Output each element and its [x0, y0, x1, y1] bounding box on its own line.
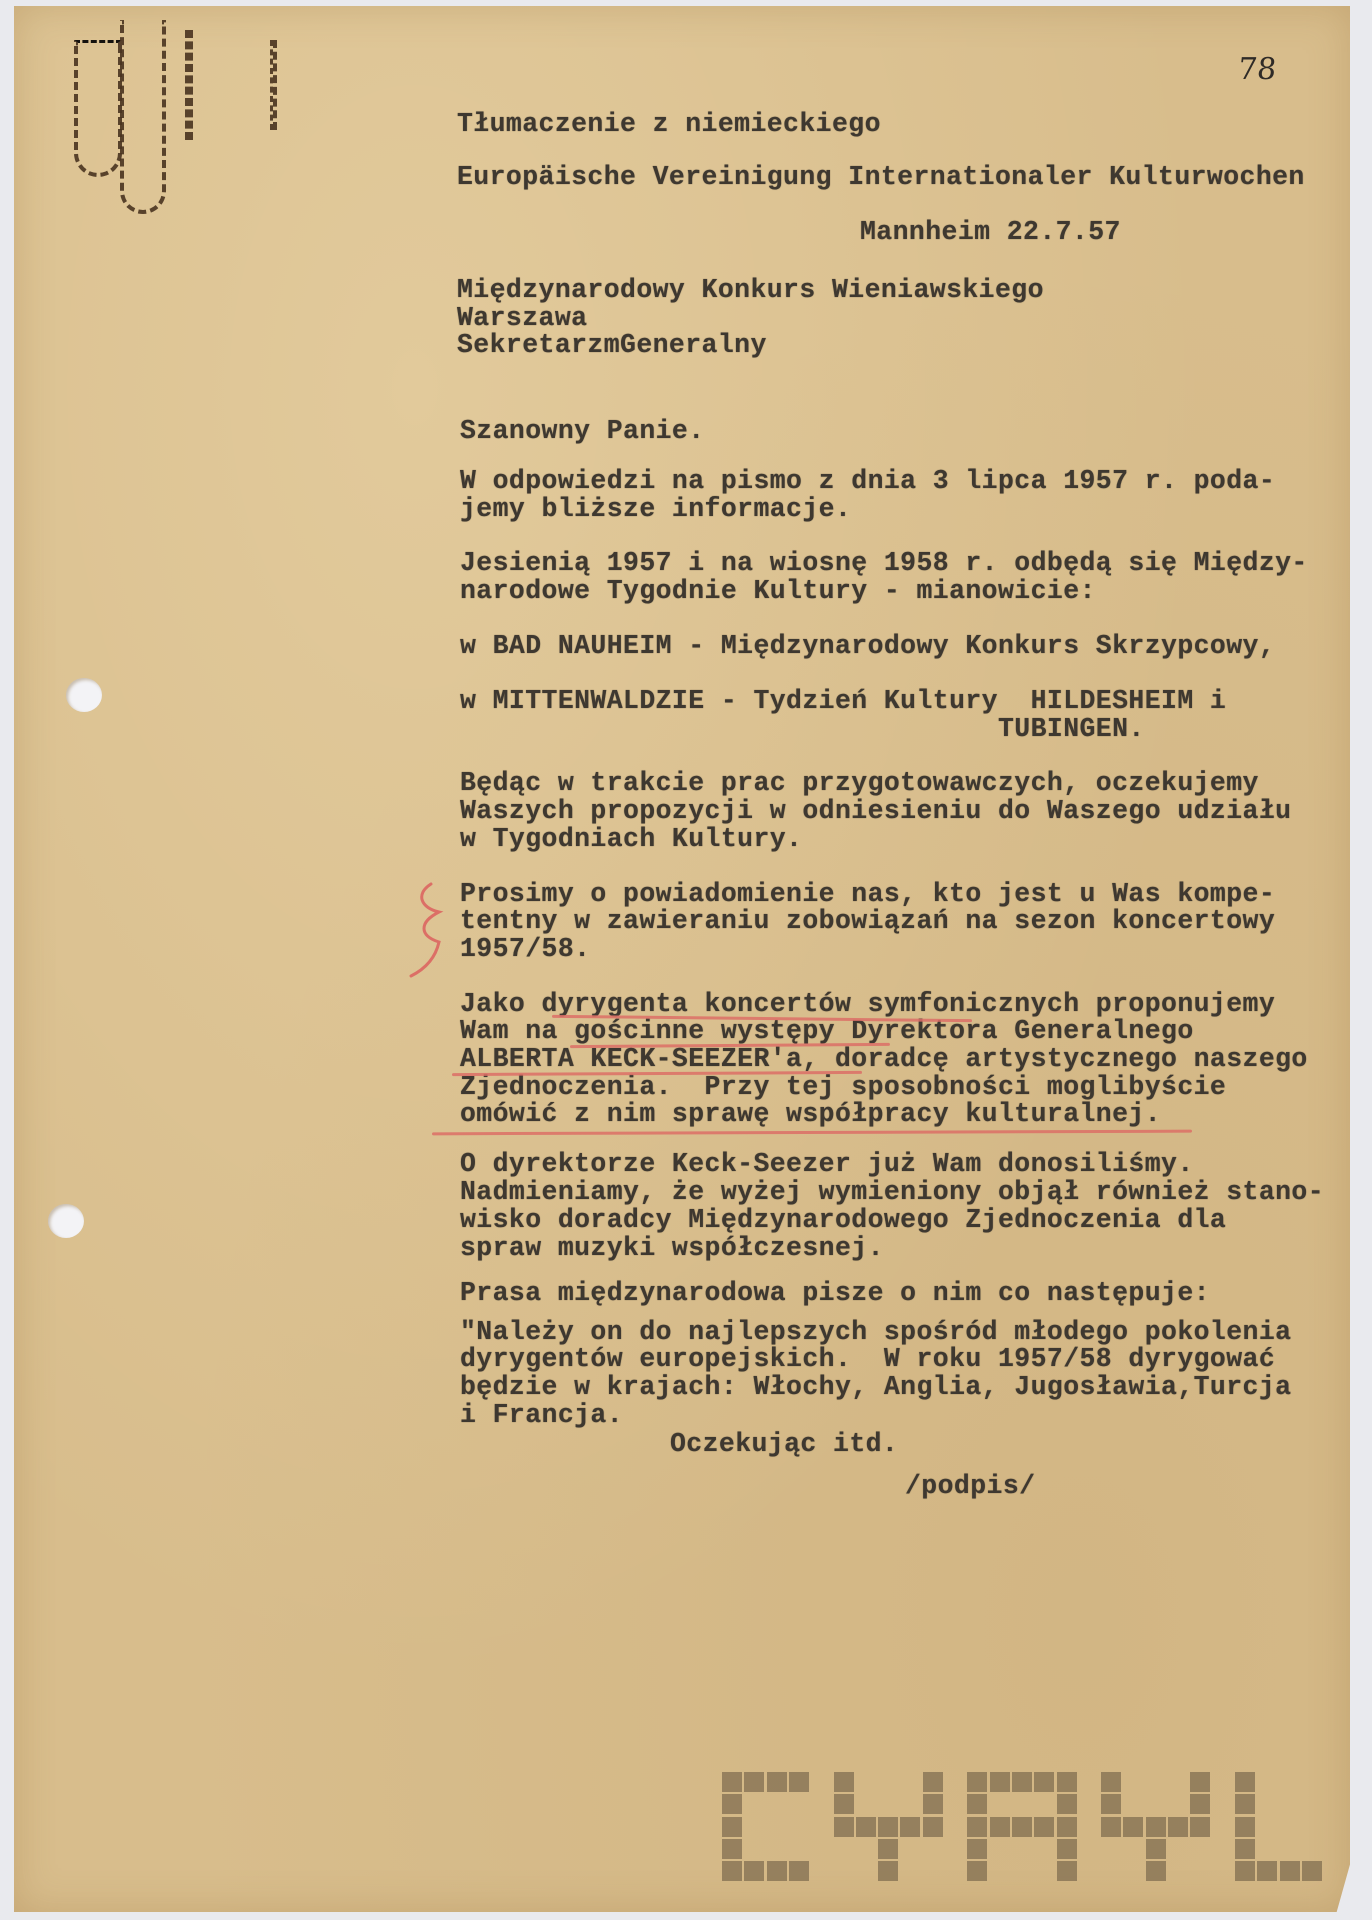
watermark-pixel: [1057, 1839, 1077, 1859]
watermark-pixel: [1057, 1817, 1077, 1837]
watermark-pixel: [767, 1772, 787, 1792]
paragraph-line: W odpowiedzi na pismo z dnia 3 lipca 195…: [460, 467, 1275, 495]
watermark-pixel: [722, 1839, 742, 1859]
watermark-pixel: [744, 1861, 764, 1881]
watermark-pixel: [878, 1817, 898, 1837]
paragraph-line: Zjednoczenia. Przy tej sposobności mogli…: [460, 1073, 1226, 1101]
paragraph-line: tentny w zawieraniu zobowiązań na sezon …: [460, 907, 1275, 935]
watermark-pixel: [1012, 1817, 1032, 1837]
paragraph-line: wisko doradcy Międzynarodowego Zjednocze…: [460, 1206, 1226, 1234]
place-date: Mannheim 22.7.57: [860, 218, 1121, 246]
watermark-pixel: [967, 1861, 987, 1881]
punch-hole: [48, 1204, 84, 1238]
watermark-pixel: [1190, 1817, 1210, 1837]
watermark-pixel: [878, 1839, 898, 1859]
red-margin-annotation: [405, 880, 465, 980]
watermark-pixel: [967, 1839, 987, 1859]
watermark-pixel: [923, 1794, 943, 1814]
signature-placeholder: /podpis/: [905, 1472, 1035, 1500]
watermark-pixel: [1057, 1861, 1077, 1881]
sender-organization: Europäische Vereinigung Internationaler …: [457, 163, 1305, 191]
paragraph-line: w MITTENWALDZIE - Tydzień Kultury HILDES…: [460, 687, 1226, 715]
paragraph-line: Wam na gościnne występy Dyrektora Genera…: [460, 1017, 1194, 1045]
watermark-pixel: [923, 1772, 943, 1792]
watermark-pixel: [722, 1861, 742, 1881]
watermark-pixel: [990, 1817, 1010, 1837]
watermark-pixel: [789, 1772, 809, 1792]
watermark-pixel: [923, 1817, 943, 1837]
paragraph-line: 1957/58.: [460, 935, 590, 963]
watermark-pixel: [990, 1772, 1010, 1792]
watermark-pixel: [744, 1772, 764, 1792]
salutation: Szanowny Panie.: [460, 417, 705, 445]
recipient-line-1: Międzynarodowy Konkurs Wieniawskiego: [457, 276, 1044, 304]
translation-note: Tłumaczenie z niemieckiego: [457, 110, 881, 138]
watermark-pixel: [1034, 1817, 1054, 1837]
watermark-pixel: [1123, 1817, 1143, 1837]
watermark-pixel: [1280, 1861, 1300, 1881]
paragraph-line: spraw muzyki współczesnej.: [460, 1234, 884, 1262]
closing: Oczekując itd.: [670, 1430, 898, 1458]
watermark-pixel: [1057, 1772, 1077, 1792]
paragraph-line: ALBERTA KECK-SEEZER'a, doradcę artystycz…: [460, 1045, 1308, 1073]
watermark-pixel: [1101, 1772, 1121, 1792]
watermark-pixel: [1302, 1861, 1322, 1881]
watermark-pixel: [722, 1794, 742, 1814]
watermark-pixel: [900, 1817, 920, 1837]
paragraph-line: Jesienią 1957 i na wiosnę 1958 r. odbędą…: [460, 549, 1308, 577]
watermark-pixel: [722, 1772, 742, 1792]
watermark-pixel: [1235, 1861, 1255, 1881]
watermark-pixel: [1034, 1772, 1054, 1792]
paragraph-line: Jako dyrygenta koncertów symfonicznych p…: [460, 990, 1275, 1018]
recipient-line-2: Warszawa: [457, 304, 587, 332]
paragraph-line: narodowe Tygodnie Kultury - mianowicie:: [460, 577, 1096, 605]
watermark-pixel: [1235, 1772, 1255, 1792]
watermark-pixel: [1190, 1772, 1210, 1792]
watermark-pixel: [1168, 1817, 1188, 1837]
watermark-pixel: [1101, 1817, 1121, 1837]
watermark-pixel: [834, 1817, 854, 1837]
watermark-pixel: [834, 1794, 854, 1814]
handwritten-mark: [270, 40, 277, 130]
watermark-pixel: [878, 1861, 898, 1881]
watermark-pixel: [1057, 1794, 1077, 1814]
paragraph-line: w BAD NAUHEIM - Międzynarodowy Konkurs S…: [460, 632, 1275, 660]
paragraph-line: TUBINGEN.: [460, 715, 1145, 743]
paragraph-line: omówić z nim sprawę współpracy kulturaln…: [460, 1100, 1161, 1128]
paragraph-line: dyrygentów europejskich. W roku 1957/58 …: [460, 1345, 1275, 1373]
watermark-pixel: [1235, 1817, 1255, 1837]
paragraph-line: "Należy on do najlepszych spośród młodeg…: [460, 1318, 1291, 1346]
watermark-pixel: [1012, 1772, 1032, 1792]
paragraph-line: O dyrektorze Keck-Seezer już Wam donosil…: [460, 1150, 1194, 1178]
paragraph-line: Będąc w trakcie prac przygotowawczych, o…: [460, 769, 1259, 797]
watermark-pixel: [834, 1772, 854, 1792]
watermark-pixel: [1146, 1839, 1166, 1859]
page-number: 78: [1236, 52, 1278, 87]
watermark-pixel: [967, 1817, 987, 1837]
paragraph-line: w Tygodniach Kultury.: [460, 825, 802, 853]
watermark-pixel: [789, 1861, 809, 1881]
watermark-pixel: [967, 1772, 987, 1792]
punch-hole: [66, 678, 102, 712]
watermark-pixel: [767, 1861, 787, 1881]
handwritten-mark: [74, 40, 122, 177]
paragraph-line: Waszych propozycji w odniesieniu do Wasz…: [460, 797, 1291, 825]
paragraph-line: Prosimy o powiadomienie nas, kto jest u …: [460, 880, 1275, 908]
handwritten-mark: [120, 20, 166, 214]
watermark-pixel: [1146, 1817, 1166, 1837]
handwritten-mark: [185, 30, 193, 140]
watermark-pixel: [1146, 1861, 1166, 1881]
watermark-pixel: [1101, 1794, 1121, 1814]
watermark-pixel: [1235, 1839, 1255, 1859]
watermark-pixel: [967, 1794, 987, 1814]
paragraph-line: i Francja.: [460, 1401, 623, 1429]
watermark-pixel: [722, 1817, 742, 1837]
paragraph-line: Nadmieniamy, że wyżej wymieniony objął r…: [460, 1178, 1324, 1206]
watermark-pixel: [1190, 1794, 1210, 1814]
recipient-line-3: SekretarzmGeneralny: [457, 331, 767, 359]
watermark-pixel: [1235, 1794, 1255, 1814]
watermark-pixel: [1257, 1861, 1277, 1881]
paragraph-line: Prasa międzynarodowa pisze o nim co nast…: [460, 1279, 1210, 1307]
watermark-pixel: [856, 1817, 876, 1837]
paragraph-line: jemy bliższe informacje.: [460, 495, 851, 523]
paragraph-line: będzie w krajach: Włochy, Anglia, Jugosł…: [460, 1373, 1291, 1401]
